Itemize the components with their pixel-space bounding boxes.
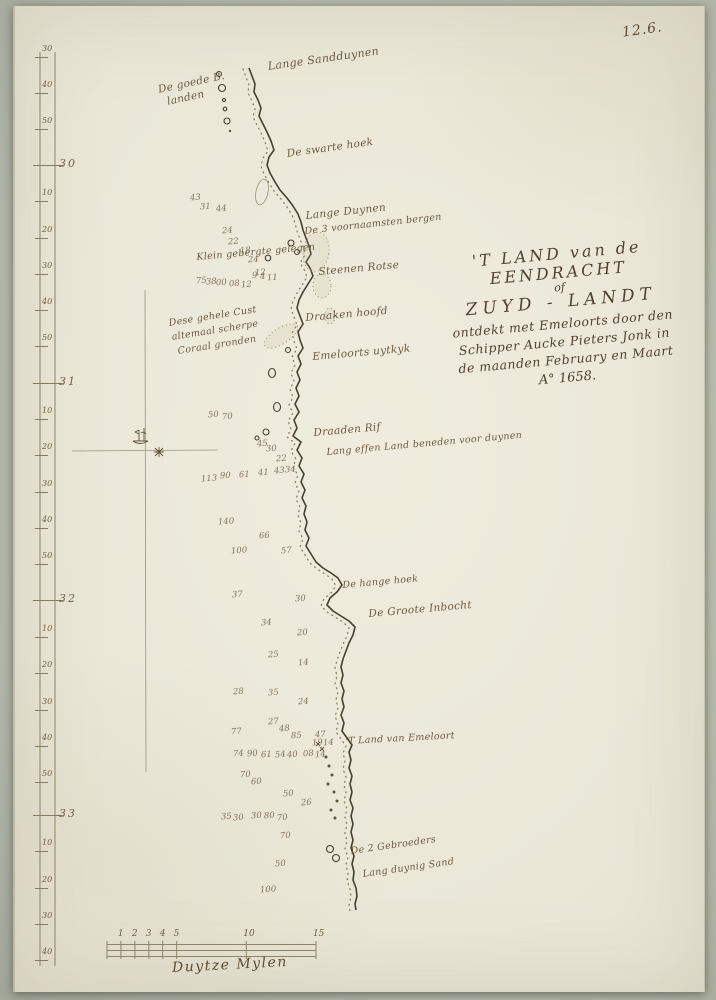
depth-sounding: 37 [232, 590, 243, 601]
scale-bar-mile-number: 3 [146, 929, 152, 939]
depth-sounding: 28 [233, 687, 244, 698]
latitude-tick [35, 637, 48, 638]
depth-sounding: 34 [285, 465, 296, 476]
depth-sounding: 77 [231, 727, 242, 738]
latitude-tick [35, 782, 48, 783]
latitude-minute-label: 40 [42, 733, 52, 742]
depth-sounding: 70 [280, 831, 291, 842]
depth-sounding: 08 [229, 279, 240, 290]
depth-sounding: 30 [251, 811, 262, 822]
latitude-tick [35, 310, 48, 311]
depth-sounding: 24 [248, 255, 259, 266]
depth-sounding: 85 [291, 731, 302, 742]
latitude-minute-label: 30 [42, 911, 52, 920]
latitude-tick [35, 673, 48, 674]
depth-sounding: 90 [247, 749, 258, 760]
latitude-tick [35, 710, 48, 711]
depth-sounding: 100 [231, 545, 248, 556]
depth-sounding: 00 [216, 278, 227, 289]
latitude-minute-label: 10 [42, 406, 52, 415]
latitude-minute-label: 20 [42, 442, 52, 451]
depth-sounding: 140 [218, 516, 235, 527]
latitude-minute-label: 10 [42, 624, 52, 633]
scale-bar-mile-number: 15 [313, 929, 324, 939]
latitude-tick [35, 57, 48, 58]
map-title-block: 'T LAND van de EENDRACHT of ZUYD - LANDT… [422, 233, 701, 398]
depth-sounding: 48 [279, 724, 290, 735]
latitude-minute-label: 50 [42, 769, 52, 778]
depth-sounding: 4 [260, 272, 266, 282]
latitude-tick [35, 888, 48, 889]
latitude-tick [35, 924, 48, 925]
depth-sounding: 08 [303, 749, 314, 760]
depth-sounding: 50 [283, 789, 294, 800]
latitude-tick [35, 201, 48, 202]
latitude-tick [35, 960, 48, 961]
latitude-degree-label: 32 [59, 592, 77, 605]
depth-sounding: 24 [222, 226, 233, 237]
depth-sounding: 50 [275, 859, 286, 870]
depth-sounding: 31 [200, 202, 211, 213]
depth-sounding: 70 [240, 770, 251, 781]
latitude-tick [35, 419, 48, 420]
latitude-tick [35, 455, 48, 456]
depth-sounding: 14 [323, 738, 334, 749]
depth-sounding: 100 [260, 884, 277, 895]
depth-sounding: 54 [275, 750, 286, 761]
depth-sounding: 44 [216, 204, 227, 215]
depth-sounding: 30 [295, 594, 306, 605]
scale-bar-mile-number: 1 [118, 929, 124, 939]
depth-sounding: 22 [228, 237, 239, 248]
depth-sounding: 11 [267, 273, 278, 284]
depth-sounding: 113 [201, 473, 218, 484]
depth-sounding: 35 [268, 688, 279, 699]
scale-bar-mile-number: 4 [160, 929, 166, 939]
latitude-minute-label: 50 [42, 551, 52, 560]
latitude-tick [35, 528, 48, 529]
latitude-minute-label: 20 [42, 225, 52, 234]
latitude-minute-label: 50 [42, 116, 52, 125]
latitude-minute-label: 30 [42, 479, 52, 488]
depth-sounding: 90 [220, 471, 231, 482]
scale-bar-mile-number: 2 [132, 929, 138, 939]
depth-sounding: 70 [277, 813, 288, 824]
latitude-tick [35, 93, 48, 94]
depth-sounding: 14 [298, 658, 309, 669]
scale-bar-mile-number: 5 [174, 929, 180, 939]
depth-sounding: 20 [297, 628, 308, 639]
depth-sounding: 41 [258, 468, 269, 479]
depth-sounding: 74 [233, 749, 244, 760]
latitude-minute-label: 30 [42, 44, 52, 53]
latitude-minute-label: 20 [42, 875, 52, 884]
latitude-tick [35, 746, 48, 747]
depth-sounding: 14 [315, 750, 326, 761]
depth-sounding: 61 [239, 470, 250, 481]
latitude-minute-label: 50 [42, 333, 52, 342]
depth-sounding: 50 [208, 410, 219, 421]
depth-sounding: 30 [233, 813, 244, 824]
latitude-degree-label: 30 [59, 157, 77, 170]
depth-sounding: 34 [261, 618, 272, 629]
depth-sounding: 35 [221, 812, 232, 823]
latitude-minute-label: 20 [42, 660, 52, 669]
depth-sounding: 80 [264, 811, 275, 822]
latitude-degree-label: 33 [59, 807, 77, 820]
depth-sounding: 43 [274, 466, 285, 477]
depth-sounding: 25 [268, 650, 279, 661]
latitude-minute-label: 30 [42, 261, 52, 270]
latitude-minute-label: 40 [42, 297, 52, 306]
depth-sounding: 60 [251, 777, 262, 788]
depth-sounding: 61 [261, 750, 272, 761]
depth-sounding: 66 [259, 531, 270, 542]
depth-sounding: 27 [268, 717, 279, 728]
latitude-tick [35, 492, 48, 493]
depth-sounding: 19 [312, 738, 323, 749]
latitude-minute-label: 40 [42, 947, 52, 956]
latitude-tick [35, 346, 48, 347]
depth-sounding: 30 [266, 444, 277, 455]
latitude-tick [35, 129, 48, 130]
scale-bar-mile-number: 10 [243, 929, 254, 939]
latitude-minute-label: 30 [42, 697, 52, 706]
depth-sounding: 26 [301, 798, 312, 809]
depth-sounding: 40 [287, 750, 298, 761]
depth-sounding: 22 [276, 454, 287, 465]
latitude-tick [35, 274, 48, 275]
latitude-tick [35, 238, 48, 239]
latitude-minute-label: 40 [42, 80, 52, 89]
depth-sounding: 9 [252, 271, 258, 281]
latitude-minute-label: 40 [42, 515, 52, 524]
latitude-minute-label: 10 [42, 188, 52, 197]
depth-sounding: 12 [241, 280, 252, 291]
depth-sounding: 24 [298, 697, 309, 708]
latitude-minute-label: 10 [42, 838, 52, 847]
depth-sounding: 70 [222, 412, 233, 423]
latitude-degree-label: 31 [59, 375, 77, 388]
depth-sounding: 57 [281, 546, 292, 557]
latitude-tick [35, 564, 48, 565]
latitude-tick [35, 851, 48, 852]
